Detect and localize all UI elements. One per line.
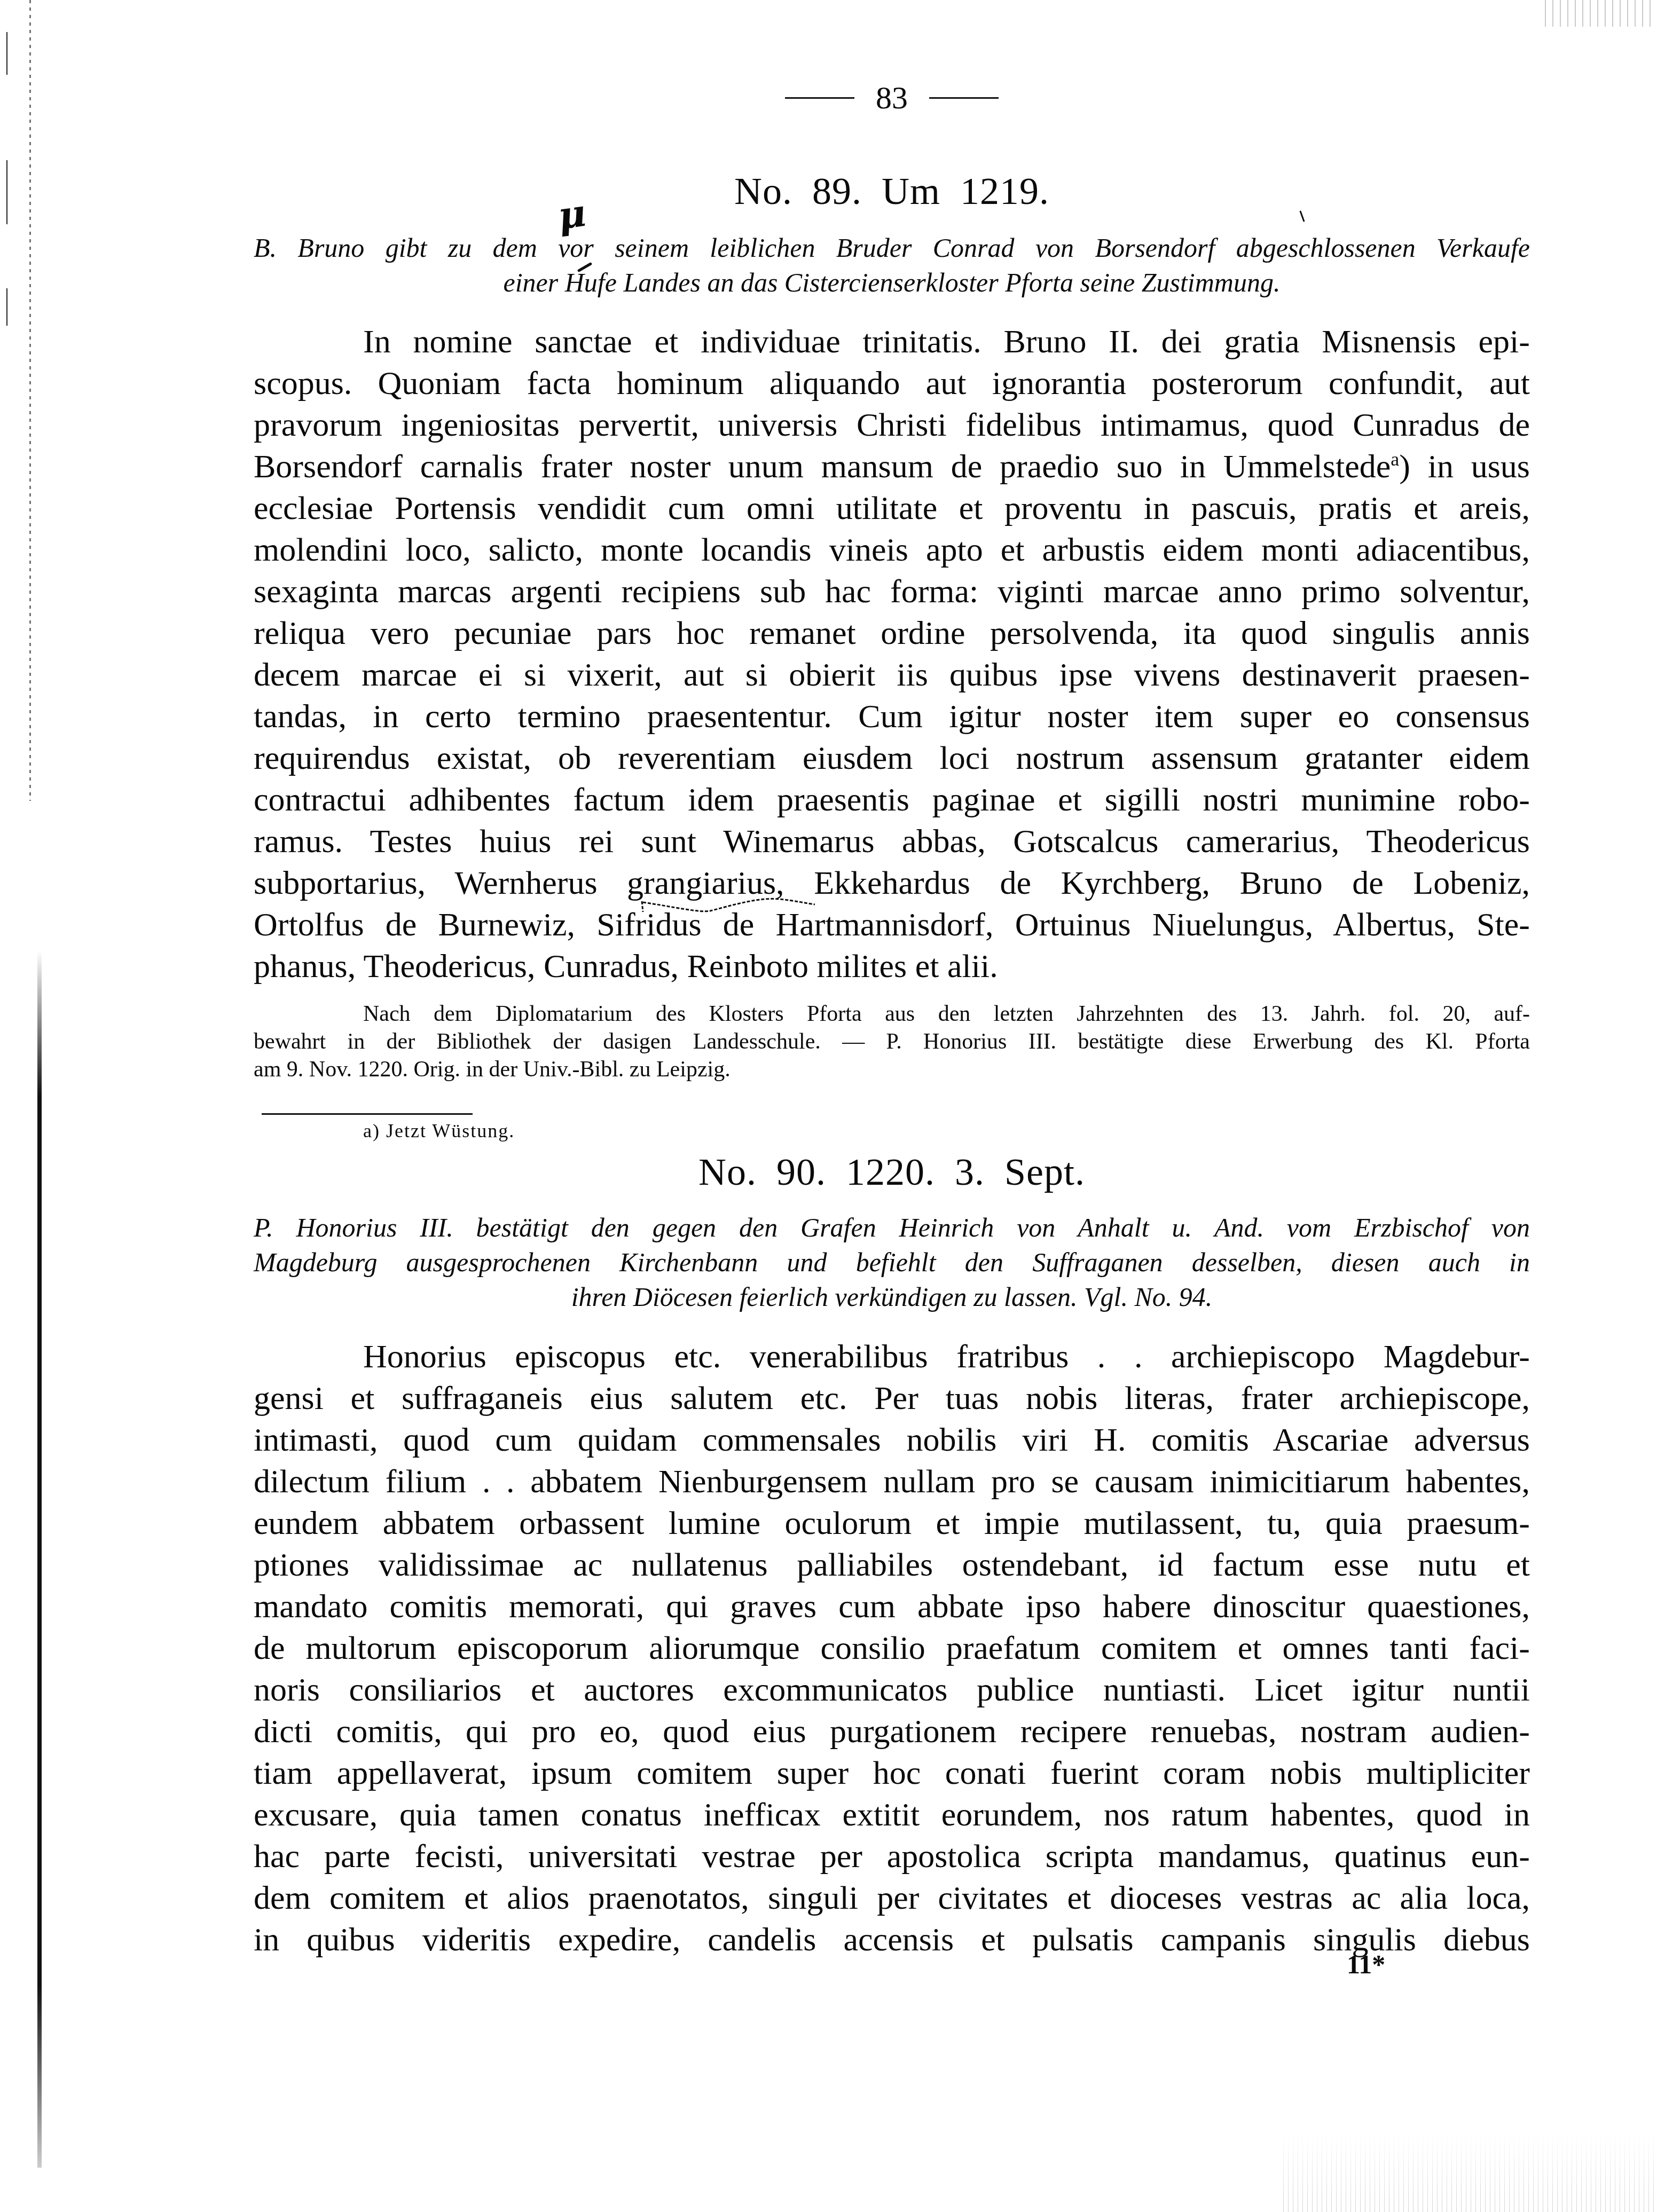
body-line: phanus, Theodericus, Cunradus, Reinboto … [254, 947, 1530, 986]
regest-line: B. Bruno gibt zu dem vor seinem leiblich… [254, 232, 1530, 263]
body-line: excusare, quia tamen conatus inefficax e… [254, 1796, 1530, 1834]
body-line: Ortolfus de Burnewiz, Sifridus de Hartma… [254, 906, 1530, 944]
document-page: 83 μ No. 89. Um 1219. B. Bruno gibt zu d… [0, 0, 1657, 2212]
document-heading: No. 89. Um 1219. [254, 170, 1530, 212]
running-head-rule-right [929, 97, 999, 99]
footnote: a) Jetzt Wüstung. [363, 1119, 515, 1143]
body-line: intimasti, quod cum quidam commensales n… [254, 1421, 1530, 1459]
running-head: 83 [764, 79, 1020, 116]
body-line: contractui adhibentes factum idem praese… [254, 781, 1530, 819]
body-line-with-footnote-ref: Borsendorf carnalis frater noster unum m… [254, 447, 1530, 486]
body-line: tiam appellaverat, ipsum comitem super h… [254, 1754, 1530, 1792]
body-line: ramus. Testes huius rei sunt Winemarus a… [254, 822, 1530, 861]
footnote-reference: a [1391, 448, 1399, 470]
body-line: ecclesiae Portensis vendidit cum omni ut… [254, 489, 1530, 528]
scan-edge-artifact [29, 0, 31, 801]
scan-noise [1545, 0, 1657, 27]
regest-line: P. Honorius III. bestätigt den gegen den… [254, 1212, 1530, 1243]
body-line: molendini loco, salicto, monte locandis … [254, 531, 1530, 569]
page-number: 83 [876, 79, 908, 116]
scan-binding-shadow [37, 950, 42, 2168]
body-line: hac parte fecisti, universitati vestrae … [254, 1837, 1530, 1876]
source-note-line: bewahrt in der Bibliothek der dasigen La… [254, 1028, 1530, 1055]
body-line: reliqua vero pecuniae pars hoc remanet o… [254, 614, 1530, 652]
regest-line: einer Hufe Landes an das Cistercienserkl… [254, 267, 1530, 298]
body-line-tail: ) in usus [1399, 448, 1530, 485]
document-heading: No. 90. 1220. 3. Sept. [254, 1151, 1530, 1193]
body-line-text: Borsendorf carnalis frater noster unum m… [254, 448, 1391, 485]
source-note-line: am 9. Nov. 1220. Orig. in der Univ.-Bibl… [254, 1056, 1530, 1083]
body-line: Honorius episcopus etc. venerabilibus fr… [363, 1337, 1530, 1376]
body-line: scopus. Quoniam facta hominum aliquando … [254, 364, 1530, 403]
footnote-rule [262, 1113, 473, 1115]
body-line: dilectum filium . . abbatem Nienburgense… [254, 1462, 1530, 1501]
body-line: eundem abbatem orbassent lumine oculorum… [254, 1504, 1530, 1542]
signature-mark: 11* [1347, 1949, 1385, 1980]
scan-edge-tick [6, 160, 7, 224]
body-line: gensi et suffraganeis eius salutem etc. … [254, 1379, 1530, 1418]
regest-line: Magdeburg ausgesprochenen Kirchenbann un… [254, 1247, 1530, 1278]
body-line: dem comitem et alios praenotatos, singul… [254, 1879, 1530, 1917]
body-line: In nomine sanctae et individuae trinitat… [363, 322, 1530, 361]
scan-noise [1283, 2132, 1657, 2212]
body-line: ptiones validissimae ac nullatenus palli… [254, 1546, 1530, 1584]
scan-edge-tick [6, 32, 7, 75]
body-line: decem marcae ei si vixerit, aut si obier… [254, 656, 1530, 694]
scan-edge-tick [6, 288, 7, 326]
body-line: sexaginta marcas argenti recipiens sub h… [254, 572, 1530, 611]
body-line: pravorum ingeniositas pervertit, univers… [254, 406, 1530, 444]
body-line: subportarius, Wernherus grangiarius, Ekk… [254, 864, 1530, 902]
body-line: tandas, in certo termino praesententur. … [254, 697, 1530, 736]
body-line: requirendus existat, ob reverentiam eius… [254, 739, 1530, 777]
body-line: in quibus videritis expedire, candelis a… [254, 1920, 1530, 1959]
body-line: noris consiliarios et auctores excommuni… [254, 1671, 1530, 1709]
body-line: de multorum episcoporum aliorumque consi… [254, 1629, 1530, 1667]
body-line: mandato comitis memorati, qui graves cum… [254, 1587, 1530, 1626]
body-line: dicti comitis, qui pro eo, quod eius pur… [254, 1712, 1530, 1751]
running-head-rule-left [785, 97, 854, 99]
source-note-line: Nach dem Diplomatarium des Klosters Pfor… [363, 1001, 1530, 1027]
regest-line: ihren Diöcesen feierlich verkündigen zu … [254, 1281, 1530, 1312]
